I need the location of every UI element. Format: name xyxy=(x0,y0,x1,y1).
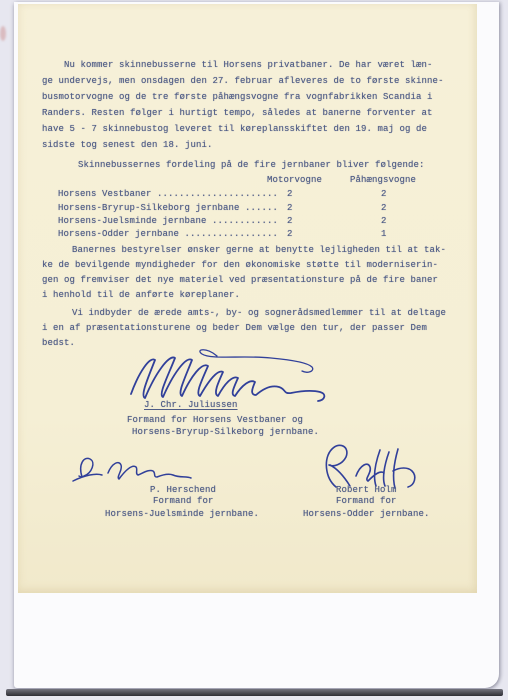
table-column-header-motorvogne: Motorvogne xyxy=(267,175,322,186)
scan-shadow-edge xyxy=(6,689,503,696)
table-cell-motor: 2 xyxy=(287,229,293,240)
table-cell-motor: 2 xyxy=(287,216,293,227)
table-cell-trailer: 2 xyxy=(381,216,387,227)
table-intro: Skinnebussernes fordeling på de fire jer… xyxy=(78,160,425,171)
signatory-title: Formand for xyxy=(153,496,214,507)
paragraph1-line: busmotorvogne og de tre første påhængsvo… xyxy=(42,92,433,103)
paragraph2-line: i henhold til de anførte køreplaner. xyxy=(42,290,240,301)
paragraph1-line: ge undervejs, men onsdagen den 27. febru… xyxy=(42,76,444,87)
table-row-label: Horsens Vestbaner ...................... xyxy=(58,189,278,200)
signatory-name: Robert Holm xyxy=(336,485,397,496)
signatory-title: Formand for xyxy=(336,496,397,507)
table-cell-motor: 2 xyxy=(287,189,293,200)
paragraph2-line: Banernes bestyrelser ønsker gerne at ben… xyxy=(72,245,446,256)
paragraph2-line: ke de bevilgende myndigheder for den øko… xyxy=(42,260,438,271)
paragraph1-line: Randers. Resten følger i hurtigt tempo, … xyxy=(42,108,433,119)
paragraph1-line: have 5 - 7 skinnebustog leveret til køre… xyxy=(42,124,427,135)
signatory-title: Horsens-Odder jernbane. xyxy=(303,509,430,520)
signatory-name: P. Herschend xyxy=(150,485,216,496)
signatory-title: Horsens-Bryrup-Silkeborg jernbane. xyxy=(132,427,319,438)
table-column-header-pahaengsvogne: Påhængsvogne xyxy=(350,175,416,186)
signatory-title: Horsens-Juelsminde jernbane. xyxy=(105,509,259,520)
table-row-label: Horsens-Bryrup-Silkeborg jernbane ...... xyxy=(58,203,278,214)
table-cell-trailer: 2 xyxy=(381,189,387,200)
table-row-label: Horsens-Juelsminde jernbane ............ xyxy=(58,216,278,227)
paragraph3-line: i en af præsentationsturene og beder Dem… xyxy=(42,323,427,334)
paragraph1-line: Nu kommer skinnebusserne til Horsens pri… xyxy=(64,60,433,71)
table-row-label: Horsens-Odder jernbane ................. xyxy=(58,229,278,240)
table-cell-trailer: 2 xyxy=(381,203,387,214)
scan-background: Nu kommer skinnebusserne til Horsens pri… xyxy=(0,0,508,700)
paragraph2-line: gen og fremviser det nye materiel ved pr… xyxy=(42,275,438,286)
table-cell-motor: 2 xyxy=(287,203,293,214)
signatory-title: Formand for Horsens Vestbaner og xyxy=(127,415,303,426)
paragraph3-line: Vi indbyder de ærede amts-, by- og sogne… xyxy=(72,308,446,319)
juliussen-signature xyxy=(125,344,340,404)
paragraph3-line: bedst. xyxy=(42,338,75,349)
scan-smudge xyxy=(0,26,6,41)
signatory-name: J. Chr. Juliussen xyxy=(144,400,238,411)
table-cell-trailer: 1 xyxy=(381,229,387,240)
paragraph1-line: sidste tog senest den 18. juni. xyxy=(42,140,213,151)
